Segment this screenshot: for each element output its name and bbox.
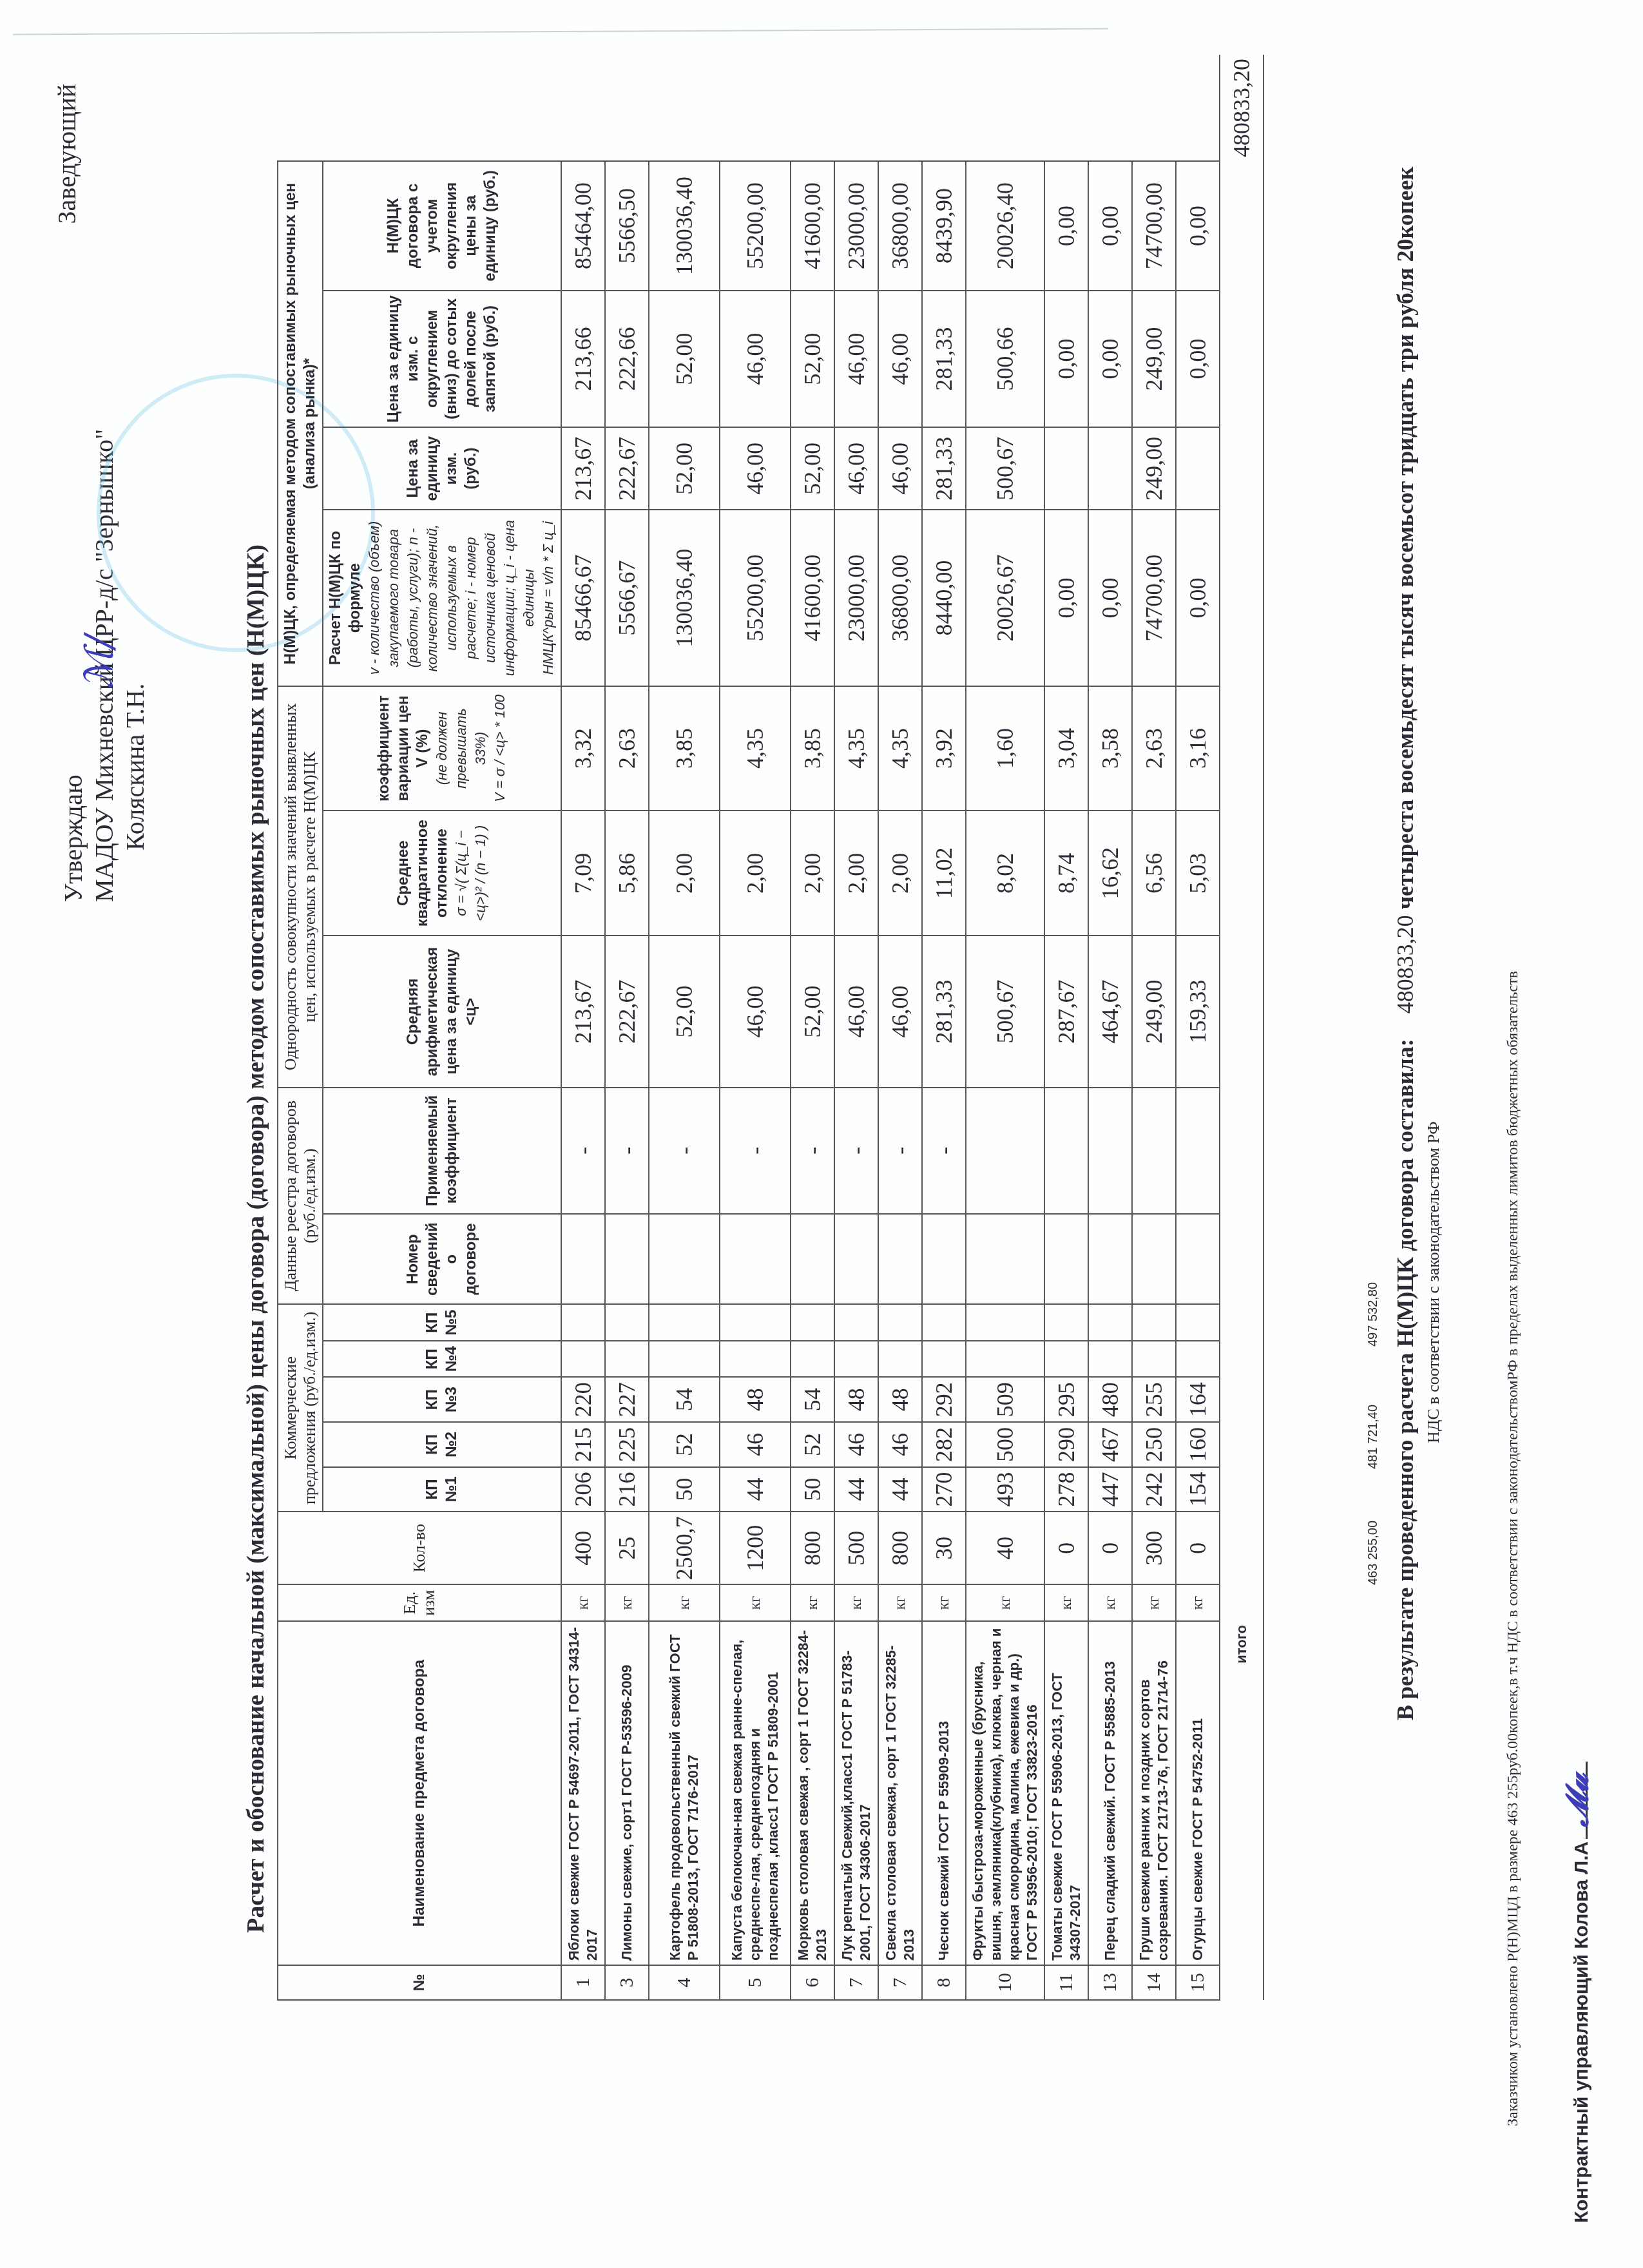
cell-price: 46,00: [834, 427, 878, 510]
cell-kp1: 44: [878, 1467, 922, 1512]
cell-final: 20026,40: [966, 161, 1044, 291]
cell-mean: 52,00: [791, 936, 834, 1087]
result-amount: 480833,20: [1392, 915, 1418, 1014]
cell-std: 6,56: [1132, 811, 1176, 936]
cell-price_r: 46,00: [720, 291, 791, 428]
cell-unit: кг: [720, 1584, 791, 1621]
cell-kp3: 220: [561, 1377, 605, 1422]
col-kp5: КП №5: [323, 1304, 561, 1341]
cell-kp3: 54: [649, 1377, 720, 1422]
cell-cv: 3,85: [649, 686, 720, 811]
cell-reg: [878, 1214, 922, 1305]
cell-kp5: [878, 1304, 922, 1341]
cell-n: 3: [605, 1965, 649, 2000]
cell-kp1: 270: [922, 1467, 966, 1512]
cell-kp3: 48: [834, 1377, 878, 1422]
cell-qty: 30: [922, 1512, 966, 1584]
signature-icon: 𝓜𝓾: [1559, 1773, 1595, 1827]
cell-std: 8,74: [1044, 811, 1088, 936]
signatory-name: Контрактный управляющий Колова Л.А: [1571, 1841, 1592, 2223]
cell-reg: [605, 1214, 649, 1305]
cell-qty: 0: [1176, 1512, 1220, 1584]
cell-mean: 287,67: [1044, 936, 1088, 1087]
signature-icon: ℳ∕: [84, 635, 115, 689]
cell-cv: 2,63: [1132, 686, 1176, 811]
cell-kp5: [1088, 1304, 1132, 1341]
cell-kp3: 480: [1088, 1377, 1132, 1422]
cell-qty: 2500,7: [649, 1512, 720, 1584]
cell-kp2: 290: [1044, 1422, 1088, 1467]
cell-price: 46,00: [720, 427, 791, 510]
cell-mean: 249,00: [1132, 936, 1176, 1087]
std-label: Среднее квадратичное отклонение: [394, 815, 452, 932]
cell-price: 52,00: [649, 427, 720, 510]
cell-final: 23000,00: [834, 161, 878, 291]
cell-std: 2,00: [791, 811, 834, 936]
cell-kp2: 46: [834, 1422, 878, 1467]
price-calculation-table: № Наименование предмета договора Ед. изм…: [277, 55, 1264, 2001]
cell-kp4: [720, 1341, 791, 1378]
cell-kp1: 242: [1132, 1467, 1176, 1512]
cell-kp1: 50: [791, 1467, 834, 1512]
table-row: 7Свекла столовая свежая, сорт 1 ГОСТ 322…: [878, 55, 922, 2000]
cell-coef: [1044, 1088, 1088, 1214]
cell-final: 0,00: [1088, 161, 1132, 291]
cell-qty: 800: [791, 1512, 834, 1584]
nmck-group-header: Н(М)ЦК, определяемая методом сопоставимы…: [278, 161, 323, 686]
cell-kp1: 447: [1088, 1467, 1132, 1512]
cell-n: 4: [649, 1965, 720, 2000]
cell-n: 5: [720, 1965, 791, 2000]
cell-cv: 3,16: [1176, 686, 1220, 811]
total-value: 480833,20: [1220, 55, 1263, 161]
cell-reg: [834, 1214, 878, 1305]
cell-n: 8: [922, 1965, 966, 2000]
cell-price_r: 0,00: [1044, 291, 1088, 428]
cell-price: 46,00: [878, 427, 922, 510]
cell-price: 52,00: [791, 427, 834, 510]
col-registry-number: Номер сведений о договоре: [323, 1214, 561, 1305]
cell-name: Груши свежие ранних и поздних сортов соз…: [1132, 1621, 1176, 1965]
cell-qty: 800: [878, 1512, 922, 1584]
cell-qty: 1200: [720, 1512, 791, 1584]
cell-kp4: [1176, 1341, 1220, 1378]
cell-kp3: 164: [1176, 1377, 1220, 1422]
cell-mean: 46,00: [878, 936, 922, 1087]
cell-price: 222,67: [605, 427, 649, 510]
cell-calc: 0,00: [1044, 510, 1088, 686]
cell-name: Томаты свежие ГОСТ Р 55906-2013, ГОСТ 34…: [1044, 1621, 1088, 1965]
cell-calc: 20026,67: [966, 510, 1044, 686]
cell-price: 213,67: [561, 427, 605, 510]
homogeneity-group-header: Однородность совокупности значений выявл…: [278, 686, 323, 1088]
cell-std: 7,09: [561, 811, 605, 936]
cell-name: Свекла столовая свежая, сорт 1 ГОСТ 3228…: [878, 1621, 922, 1965]
cell-kp2: 160: [1176, 1422, 1220, 1467]
cell-calc: 41600,00: [791, 510, 834, 686]
cell-calc: 0,00: [1088, 510, 1132, 686]
cell-reg: [791, 1214, 834, 1305]
cell-n: 15: [1176, 1965, 1220, 2000]
cell-qty: 0: [1044, 1512, 1088, 1584]
col-kp2: КП №2: [323, 1422, 561, 1467]
table-row: 14Груши свежие ранних и поздних сортов с…: [1132, 55, 1176, 2000]
cell-coef: [1088, 1088, 1132, 1214]
cell-unit: кг: [649, 1584, 720, 1621]
cell-coef: -: [834, 1088, 878, 1214]
cell-cv: 3,85: [791, 686, 834, 811]
cell-qty: 25: [605, 1512, 649, 1584]
cell-name: Огурцы свежие ГОСТ Р 54752-2011: [1176, 1621, 1220, 1965]
col-cv: коэффициент вариации цен V (%) (не долже…: [323, 686, 561, 811]
table-row: 11Томаты свежие ГОСТ Р 55906-2013, ГОСТ …: [1044, 55, 1088, 2000]
cell-kp4: [834, 1341, 878, 1378]
std-formula: σ = √( Σ(ц_i − <ц>)² / (n − 1) ): [452, 815, 490, 932]
col-kp1: КП №1: [323, 1467, 561, 1512]
cell-price_r: 46,00: [834, 291, 878, 428]
cell-kp5: [649, 1304, 720, 1341]
cell-calc: 23000,00: [834, 510, 878, 686]
cell-n: 7: [834, 1965, 878, 2000]
col-unit-price: Цена за единицу изм. (руб.): [323, 427, 561, 510]
approval-block: Заведующий Утверждаю МАДОУ Михневский ЦР…: [58, 97, 151, 902]
cell-price_r: 46,00: [878, 291, 922, 428]
table-row: 10Фрукты быстроза-мороженные (брусника, …: [966, 55, 1044, 2000]
cell-std: 16,62: [1088, 811, 1132, 936]
calc-desc: v - количество (объем) закупаемого товар…: [365, 514, 539, 682]
cell-kp3: 48: [720, 1377, 791, 1422]
cell-unit: кг: [1044, 1584, 1088, 1621]
cell-n: 10: [966, 1965, 1044, 2000]
cell-cv: 3,32: [561, 686, 605, 811]
cell-price: [1088, 427, 1132, 510]
result-label: В результате проведенного расчета Н(М)ЦК…: [1392, 1039, 1418, 1720]
cell-std: 2,00: [649, 811, 720, 936]
cell-kp5: [791, 1304, 834, 1341]
cell-cv: 3,92: [922, 686, 966, 811]
cell-calc: 130036,40: [649, 510, 720, 686]
table-row: 8Чеснок свежий ГОСТ Р 55909-2013кг302702…: [922, 55, 966, 2000]
cell-unit: кг: [834, 1584, 878, 1621]
cell-coef: [1132, 1088, 1176, 1214]
cell-coef: -: [561, 1088, 605, 1214]
cell-kp4: [966, 1341, 1044, 1378]
cell-std: 5,86: [605, 811, 649, 936]
cell-kp3: 255: [1132, 1377, 1176, 1422]
cell-kp1: 278: [1044, 1467, 1088, 1512]
cell-cv: 3,04: [1044, 686, 1088, 811]
cell-kp2: 215: [561, 1422, 605, 1467]
result-words: четыреста восемьдесят тысяч восемьсот тр…: [1392, 167, 1418, 910]
cell-kp4: [922, 1341, 966, 1378]
cell-kp5: [720, 1304, 791, 1341]
signatory-line: Контрактный управляющий Колова Л.А 𝓜𝓾: [1559, 1773, 1596, 2223]
cell-kp2: 52: [791, 1422, 834, 1467]
cell-kp4: [605, 1341, 649, 1378]
cell-price_r: 52,00: [791, 291, 834, 428]
customer-note: Заказчиком установлено Р(Н)МЦД в размере…: [1504, 971, 1522, 2126]
cell-final: 0,00: [1176, 161, 1220, 291]
cell-kp4: [561, 1341, 605, 1378]
cell-final: 0,00: [1044, 161, 1088, 291]
cell-name: Морковь столовая свежая , сорт 1 ГОСТ 32…: [791, 1621, 834, 1965]
cell-qty: 40: [966, 1512, 1044, 1584]
table-row: 13Перец сладкий свежий. ГОСТ Р 55885-201…: [1088, 55, 1132, 2000]
cell-kp1: 206: [561, 1467, 605, 1512]
cell-std: 2,00: [834, 811, 878, 936]
table-row: 5Капуста белокочан-ная свежая ранне-спел…: [720, 55, 791, 2000]
cell-kp4: [649, 1341, 720, 1378]
cell-qty: 400: [561, 1512, 605, 1584]
cell-unit: кг: [966, 1584, 1044, 1621]
cell-kp3: 509: [966, 1377, 1044, 1422]
cell-reg: [720, 1214, 791, 1305]
cell-price: 500,67: [966, 427, 1044, 510]
cell-final: 130036,40: [649, 161, 720, 291]
cell-final: 36800,00: [878, 161, 922, 291]
cell-std: 2,00: [720, 811, 791, 936]
cell-coef: -: [649, 1088, 720, 1214]
cell-name: Капуста белокочан-ная свежая ранне-спела…: [720, 1621, 791, 1965]
cell-price_r: 0,00: [1176, 291, 1220, 428]
cell-kp4: [791, 1341, 834, 1378]
cell-final: 5566,50: [605, 161, 649, 291]
cell-price_r: 52,00: [649, 291, 720, 428]
cell-price: [1176, 427, 1220, 510]
cell-kp4: [1132, 1341, 1176, 1378]
cell-mean: 500,67: [966, 936, 1044, 1087]
cell-n: 13: [1088, 1965, 1132, 2000]
cv-label: коэффициент вариации цен V (%): [374, 691, 432, 806]
table-row: 4Картофель продовольственный свежий ГОСТ…: [649, 55, 720, 2000]
cell-kp3: 292: [922, 1377, 966, 1422]
cv-formula: V = σ / <ц> * 100: [490, 691, 510, 806]
cell-final: 41600,00: [791, 161, 834, 291]
cell-price_r: 500,66: [966, 291, 1044, 428]
cell-price: [1044, 427, 1088, 510]
cell-n: 1: [561, 1965, 605, 2000]
cell-calc: 8440,00: [922, 510, 966, 686]
cell-mean: 213,67: [561, 936, 605, 1087]
cell-unit: кг: [561, 1584, 605, 1621]
cell-price_r: 222,66: [605, 291, 649, 428]
cell-n: 7: [878, 1965, 922, 2000]
registry-group-header: Данные реестра договоров (руб./ед.изм.): [278, 1088, 323, 1305]
cell-cv: 2,63: [605, 686, 649, 811]
calc-formula: НМЦК^рын = v/n * Σ ц_i: [539, 514, 558, 682]
cell-kp1: 154: [1176, 1467, 1220, 1512]
cell-kp2: 46: [720, 1422, 791, 1467]
cell-kp1: 216: [605, 1467, 649, 1512]
col-std: Среднее квадратичное отклонение σ = √( Σ…: [323, 811, 561, 936]
cell-kp4: [878, 1341, 922, 1378]
cell-cv: 3,58: [1088, 686, 1132, 811]
cell-std: 5,03: [1176, 811, 1220, 936]
cell-price_r: 0,00: [1088, 291, 1132, 428]
col-calc: Расчет Н(М)ЦК по формуле v - количество …: [323, 510, 561, 686]
cell-coef: -: [720, 1088, 791, 1214]
cell-kp5: [561, 1304, 605, 1341]
cell-name: Яблоки свежие ГОСТ Р 54697-2011, ГОСТ 34…: [561, 1621, 605, 1965]
cell-final: 74700,00: [1132, 161, 1176, 291]
cell-kp2: 467: [1088, 1422, 1132, 1467]
cell-name: Лимоны свежие, сорт1 ГОСТ Р-53596-2009: [605, 1621, 649, 1965]
col-kp3: КП №3: [323, 1377, 561, 1422]
col-mean: Средняя арифметическая цена за единицу <…: [323, 936, 561, 1087]
table-row: 6Морковь столовая свежая , сорт 1 ГОСТ 3…: [791, 55, 834, 2000]
cell-final: 8439,90: [922, 161, 966, 291]
cell-name: Картофель продовольственный свежий ГОСТ …: [649, 1621, 720, 1965]
cell-price_r: 281,33: [922, 291, 966, 428]
col-unit: Ед. изм: [278, 1584, 561, 1621]
cell-final: 85464,00: [561, 161, 605, 291]
cell-qty: 300: [1132, 1512, 1176, 1584]
cell-kp1: 44: [834, 1467, 878, 1512]
cell-kp5: [1044, 1304, 1088, 1341]
cell-kp1: 493: [966, 1467, 1044, 1512]
cell-coef: -: [878, 1088, 922, 1214]
cell-mean: 222,67: [605, 936, 649, 1087]
cell-name: Фрукты быстроза-мороженные (брусника, ви…: [966, 1621, 1044, 1965]
cell-kp3: 227: [605, 1377, 649, 1422]
cell-unit: кг: [1132, 1584, 1176, 1621]
cell-name: Перец сладкий свежий. ГОСТ Р 55885-2013: [1088, 1621, 1132, 1965]
kp2-total: 481 721,40: [1366, 1405, 1381, 1469]
cell-kp2: 250: [1132, 1422, 1176, 1467]
total-row: итого 480833,20: [1220, 55, 1263, 2000]
cell-name: Лук репчатый Свежий,класс1 ГОСТ Р 51783-…: [834, 1621, 878, 1965]
cell-kp4: [1088, 1341, 1132, 1378]
col-final: Н(М)ЦК договора с учетом округления цены…: [323, 161, 561, 291]
cell-coef: [966, 1088, 1044, 1214]
cell-unit: кг: [922, 1584, 966, 1621]
cell-price: 249,00: [1132, 427, 1176, 510]
cell-kp2: 225: [605, 1422, 649, 1467]
cell-coef: -: [922, 1088, 966, 1214]
cell-reg: [1088, 1214, 1132, 1305]
cell-kp5: [922, 1304, 966, 1341]
cell-kp1: 50: [649, 1467, 720, 1512]
cell-kp2: 46: [878, 1422, 922, 1467]
cell-coef: -: [605, 1088, 649, 1214]
cell-unit: кг: [1088, 1584, 1132, 1621]
kp3-total: 497 532,80: [1366, 1282, 1381, 1347]
cell-mean: 46,00: [720, 936, 791, 1087]
cell-cv: 4,35: [834, 686, 878, 811]
cell-reg: [1176, 1214, 1220, 1305]
cell-mean: 281,33: [922, 936, 966, 1087]
cell-calc: 0,00: [1176, 510, 1220, 686]
cell-calc: 5566,67: [605, 510, 649, 686]
cell-mean: 159,33: [1176, 936, 1220, 1087]
col-unit-price-rounded: Цена за единицу изм. с округлением (вниз…: [323, 291, 561, 428]
kp1-total: 463 255,00: [1366, 1521, 1381, 1585]
cell-qty: 0: [1088, 1512, 1132, 1584]
cell-price: 281,33: [922, 427, 966, 510]
cell-kp5: [834, 1304, 878, 1341]
col-kp4: КП №4: [323, 1341, 561, 1378]
cv-note: (не должен превышать 33%): [432, 691, 490, 806]
cell-coef: -: [791, 1088, 834, 1214]
cell-mean: 46,00: [834, 936, 878, 1087]
cell-calc: 74700,00: [1132, 510, 1176, 686]
cell-kp3: 48: [878, 1377, 922, 1422]
approver-role: Заведующий: [52, 84, 82, 224]
cell-kp2: 52: [649, 1422, 720, 1467]
cell-final: 55200,00: [720, 161, 791, 291]
cell-kp2: 500: [966, 1422, 1044, 1467]
cell-std: 8,02: [966, 811, 1044, 936]
col-registry-coef: Применяемый коэффициент: [323, 1088, 561, 1214]
cell-price_r: 213,66: [561, 291, 605, 428]
cell-kp2: 282: [922, 1422, 966, 1467]
table-row: 15Огурцы свежие ГОСТ Р 54752-2011кг01541…: [1176, 55, 1220, 2000]
total-label: итого: [1220, 1621, 1263, 1965]
cell-cv: 4,35: [720, 686, 791, 811]
cell-reg: [1044, 1214, 1088, 1305]
table-row: 7Лук репчатый Свежий,класс1 ГОСТ Р 51783…: [834, 55, 878, 2000]
cell-kp3: 295: [1044, 1377, 1088, 1422]
cell-reg: [649, 1214, 720, 1305]
cell-reg: [561, 1214, 605, 1305]
cell-reg: [966, 1214, 1044, 1305]
cell-n: 11: [1044, 1965, 1088, 2000]
cell-calc: 36800,00: [878, 510, 922, 686]
cell-std: 11,02: [922, 811, 966, 936]
cell-unit: кг: [605, 1584, 649, 1621]
offers-group-header: Коммерческие предложения (руб./ед.изм.): [278, 1304, 323, 1512]
cell-kp1: 44: [720, 1467, 791, 1512]
vat-note: НДС в соответствии с законодательством Р…: [1424, 1121, 1443, 1443]
cell-reg: [1132, 1214, 1176, 1305]
result-line: В результате проведенного расчета Н(М)ЦК…: [1392, 167, 1419, 1720]
cell-name: Чеснок свежий ГОСТ Р 55909-2013: [922, 1621, 966, 1965]
cell-cv: 4,35: [878, 686, 922, 811]
calc-label: Расчет Н(М)ЦК по формуле: [326, 514, 365, 682]
col-name: Наименование предмета договора: [278, 1621, 561, 1965]
cell-n: 14: [1132, 1965, 1176, 2000]
cell-calc: 85466,67: [561, 510, 605, 686]
page-title: Расчет и обоснование начальной (максимал…: [242, 544, 270, 1933]
cell-mean: 52,00: [649, 936, 720, 1087]
table-row: 3Лимоны свежие, сорт1 ГОСТ Р-53596-2009к…: [605, 55, 649, 2000]
cell-kp5: [1176, 1304, 1220, 1341]
table-row: 1Яблоки свежие ГОСТ Р 54697-2011, ГОСТ 3…: [561, 55, 605, 2000]
cell-reg: [922, 1214, 966, 1305]
cell-kp5: [1132, 1304, 1176, 1341]
cell-kp3: 54: [791, 1377, 834, 1422]
cell-price_r: 249,00: [1132, 291, 1176, 428]
cell-std: 2,00: [878, 811, 922, 936]
cell-kp5: [966, 1304, 1044, 1341]
cell-qty: 500: [834, 1512, 878, 1584]
cell-unit: кг: [1176, 1584, 1220, 1621]
cell-kp4: [1044, 1341, 1088, 1378]
cell-unit: кг: [878, 1584, 922, 1621]
cell-mean: 464,67: [1088, 936, 1132, 1087]
col-num: №: [278, 1965, 561, 2000]
cell-cv: 1,60: [966, 686, 1044, 811]
cell-unit: кг: [791, 1584, 834, 1621]
cell-kp5: [605, 1304, 649, 1341]
cell-coef: [1176, 1088, 1220, 1214]
col-qty: Кол-во: [278, 1512, 561, 1584]
cell-n: 6: [791, 1965, 834, 2000]
cell-calc: 55200,00: [720, 510, 791, 686]
document-sheet: Заведующий Утверждаю МАДОУ Михневский ЦР…: [0, 0, 1643, 2268]
